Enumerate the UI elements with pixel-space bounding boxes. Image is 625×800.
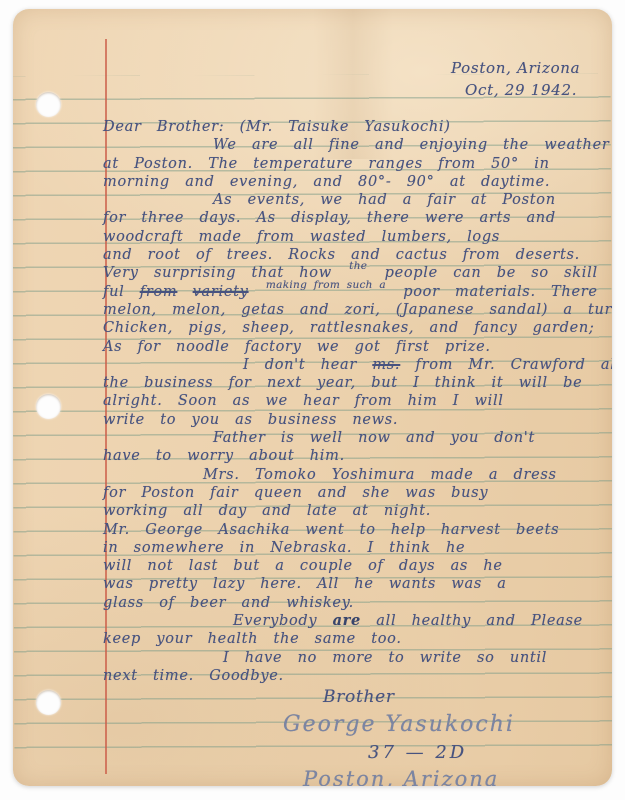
line-text: As events, we had a fair at Poston <box>213 192 556 208</box>
letter-line: at Poston. The temperature ranges from 5… <box>103 155 595 173</box>
line-text: people can be so skill <box>369 265 598 281</box>
letter-line: keep your health the same too. <box>103 630 595 648</box>
letter-line: I don't hear ms. from Mr. Crawford about <box>103 356 595 374</box>
line-text: was pretty lazy here. All he wants was a <box>103 576 507 592</box>
letter-line: Father is well now and you don't <box>103 429 595 447</box>
line-text: from Mr. Crawford about <box>400 357 612 373</box>
letter-line: alright. Soon as we hear from him I will <box>103 392 595 410</box>
letter-line: As events, we had a fair at Poston <box>103 191 595 209</box>
header-place: Poston, Arizona <box>451 57 580 79</box>
line-text: write to you as business news. <box>103 412 398 428</box>
letter-line: for three days. As display, there were a… <box>103 209 595 227</box>
struck-word: from <box>140 284 178 300</box>
letter-line: for Poston fair queen and she was busy <box>103 484 595 502</box>
line-text: the business for next year, but I think … <box>103 375 582 391</box>
letter-line: in somewhere in Nebraska. I think he <box>103 539 595 557</box>
line-text: I have no more to write so until <box>223 650 547 666</box>
letter-line: Mrs. Tomoko Yoshimura made a dress <box>103 466 595 484</box>
letter-line: have to worry about him. <box>103 447 595 465</box>
letter-paper: Poston, Arizona Oct, 29 1942. Dear Broth… <box>13 9 612 786</box>
line-text: in somewhere in Nebraska. I think he <box>103 540 465 556</box>
letter-line: Dear Brother: (Mr. Taisuke Yasukochi) <box>103 118 595 136</box>
line-text: poor materials. There were water <box>388 284 612 300</box>
overwritten-word: are <box>333 612 361 629</box>
line-text: glass of beer and whiskey. <box>103 595 354 611</box>
line-text: Dear Brother: (Mr. Taisuke Yasukochi) <box>103 119 451 135</box>
scanned-letter-page: Poston, Arizona Oct, 29 1942. Dear Broth… <box>0 0 625 800</box>
letter-body: Dear Brother: (Mr. Taisuke Yasukochi)We … <box>103 118 595 685</box>
line-text: Chicken, pigs, sheep, rattlesnakes, and … <box>103 320 595 336</box>
line-text: working all day and late at night. <box>103 503 431 519</box>
letter-line: next time. Goodbye. <box>103 667 595 685</box>
letter-line: Chicken, pigs, sheep, rattlesnakes, and … <box>103 319 595 337</box>
line-text: ful <box>103 284 140 300</box>
line-text: As for noodle factory we got first prize… <box>103 339 491 355</box>
punch-hole-middle <box>36 394 61 419</box>
struck-word: variety <box>193 284 249 300</box>
letter-line: glass of beer and whiskey. <box>103 594 595 612</box>
letter-header: Poston, Arizona Oct, 29 1942. <box>451 57 580 101</box>
line-text: for three days. As display, there were a… <box>103 210 556 226</box>
signature-name: George Yasukochi <box>283 710 515 740</box>
line-text: and root of trees. Rocks and cactus from… <box>103 247 580 263</box>
signature-place: Poston, Arizona <box>303 765 515 786</box>
line-text: keep your health the same too. <box>103 631 402 647</box>
line-text: woodcraft made from wasted lumbers, logs <box>103 229 500 245</box>
letter-line: Mr. George Asachika went to help harvest… <box>103 521 595 539</box>
punch-hole-bottom <box>36 690 61 715</box>
signature-closing: Brother <box>323 685 515 710</box>
line-text: at Poston. The temperature ranges from 5… <box>103 156 550 172</box>
line-text: all healthy and Please <box>361 613 583 629</box>
struck-word: ms. <box>372 357 400 373</box>
line-text <box>177 284 192 300</box>
line-text: Mrs. Tomoko Yoshimura made a dress <box>203 467 557 483</box>
letter-line: working all day and late at night. <box>103 502 595 520</box>
letter-line: Everybody are all healthy and Please <box>103 612 595 630</box>
letter-line: I have no more to write so until <box>103 649 595 667</box>
line-text: We are all fine and enjoying the weather <box>213 137 610 153</box>
punch-hole-top <box>36 92 61 117</box>
letter-line: ful from variety making from such a poor… <box>103 283 595 301</box>
letter-line: woodcraft made from wasted lumbers, logs <box>103 228 595 246</box>
letter-line: the business for next year, but I think … <box>103 374 595 392</box>
letter-line: morning and evening, and 80°- 90° at day… <box>103 173 595 191</box>
signature-block-number: 37 — 2D <box>368 740 515 765</box>
letter-line: will not last but a couple of days as he <box>103 557 595 575</box>
line-text: next time. Goodbye. <box>103 668 284 684</box>
letter-line: As for noodle factory we got first prize… <box>103 338 595 356</box>
letter-line: write to you as business news. <box>103 411 595 429</box>
letter-line: We are all fine and enjoying the weather <box>103 136 595 154</box>
letter-line: was pretty lazy here. All he wants was a <box>103 575 595 593</box>
header-date: Oct, 29 1942. <box>465 79 580 101</box>
line-text: Everybody <box>233 613 333 629</box>
line-text: have to worry about him. <box>103 448 345 464</box>
line-text: will not last but a couple of days as he <box>103 558 503 574</box>
letter-line: melon, melon, getas and zori, (Japanese … <box>103 301 595 319</box>
line-text: I don't hear <box>243 357 372 373</box>
line-text <box>249 284 264 300</box>
line-text: alright. Soon as we hear from him I will <box>103 393 504 409</box>
line-text: for Poston fair queen and she was busy <box>103 485 488 501</box>
line-text: Father is well now and you don't <box>213 430 535 446</box>
line-text: morning and evening, and 80°- 90° at day… <box>103 174 550 190</box>
line-text: melon, melon, getas and zori, (Japanese … <box>103 302 612 318</box>
line-text: Mr. George Asachika went to help harvest… <box>103 522 559 538</box>
signature-block: Brother George Yasukochi 37 — 2D Poston,… <box>268 685 515 786</box>
